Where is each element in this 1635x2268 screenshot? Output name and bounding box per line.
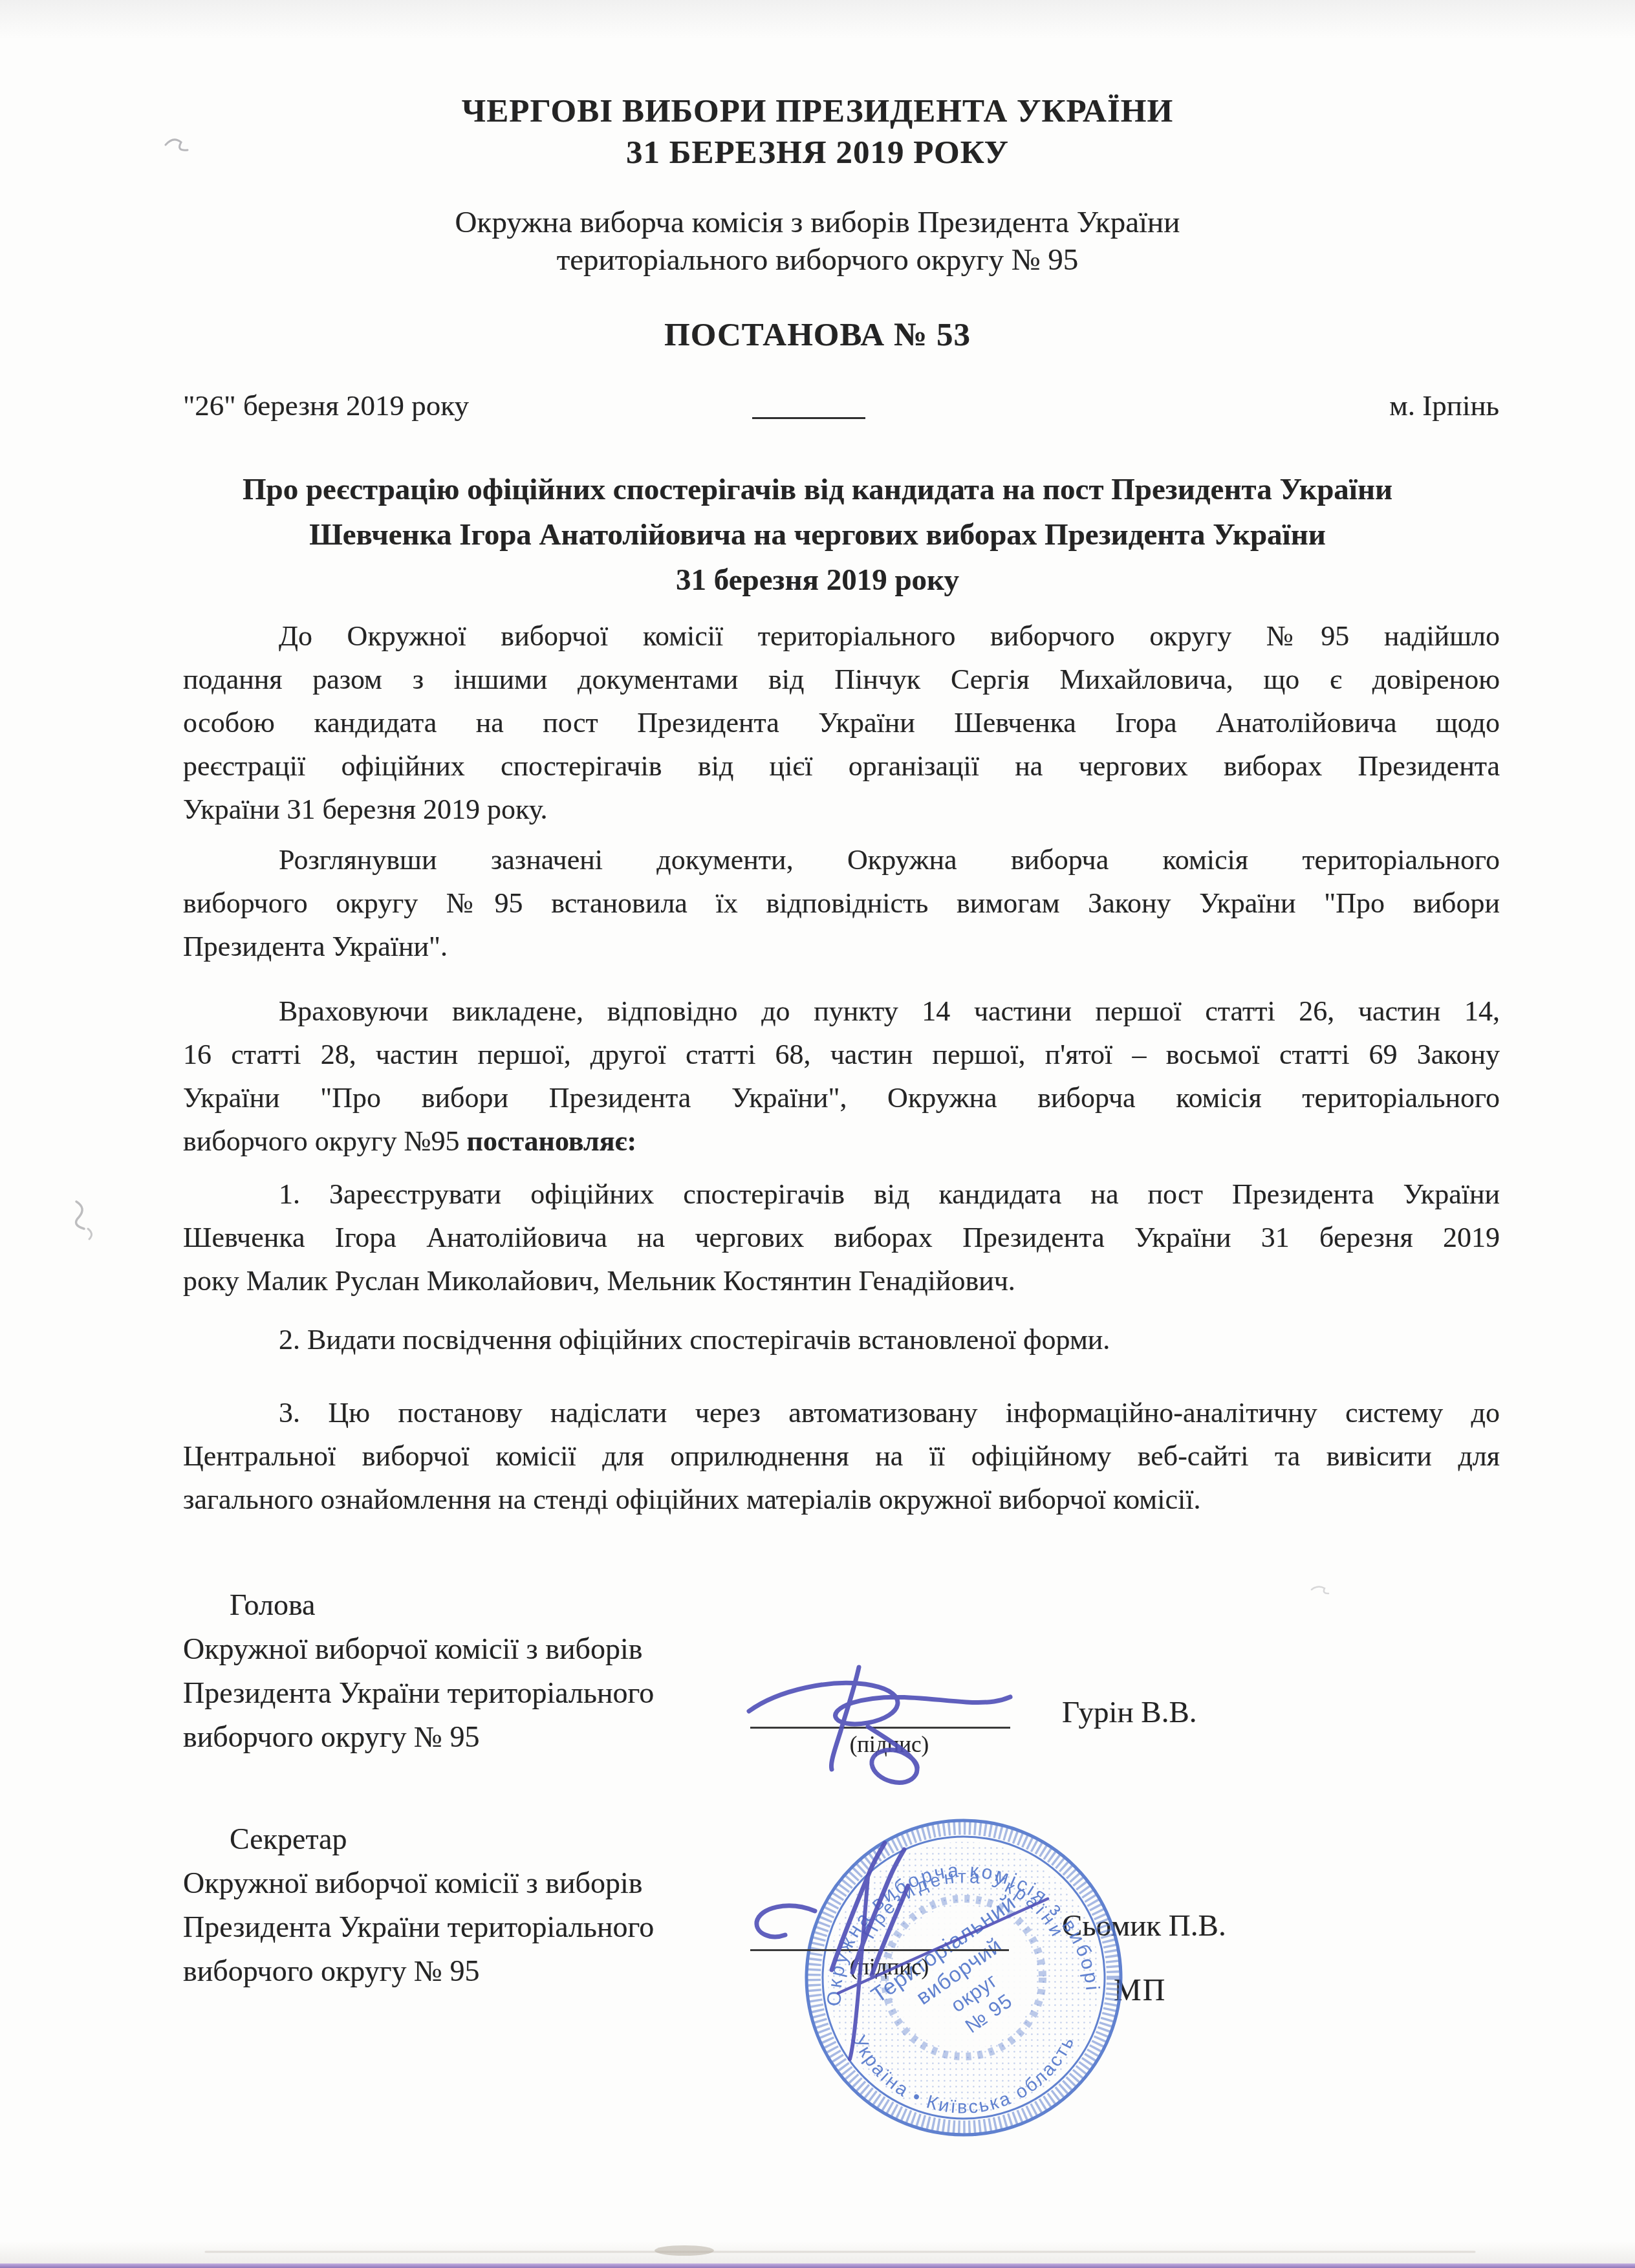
signature-stroke bbox=[838, 1899, 1048, 1993]
signature-stroke bbox=[757, 1906, 815, 1937]
scan-shade-bottom bbox=[0, 2241, 1635, 2263]
ink-signatures bbox=[705, 1636, 1106, 2102]
scanner-edge-strip bbox=[0, 2263, 1635, 2268]
scan-artifact-mark bbox=[76, 1202, 85, 1229]
scan-artifact-mark bbox=[88, 1229, 92, 1239]
secretary-handwritten-signature bbox=[757, 1843, 1048, 2059]
signature-stroke bbox=[868, 1727, 917, 1782]
scan-artifact-mark bbox=[166, 140, 188, 150]
signature-stroke bbox=[749, 1683, 1010, 1723]
scan-artifact-mark bbox=[1312, 1586, 1328, 1593]
signature-stroke bbox=[872, 1886, 908, 1975]
scanned-resolution-page: ЧЕРГОВІ ВИБОРИ ПРЕЗИДЕНТА УКРАЇНИ 31 БЕР… bbox=[0, 0, 1635, 2268]
head-handwritten-signature bbox=[749, 1667, 1010, 1782]
